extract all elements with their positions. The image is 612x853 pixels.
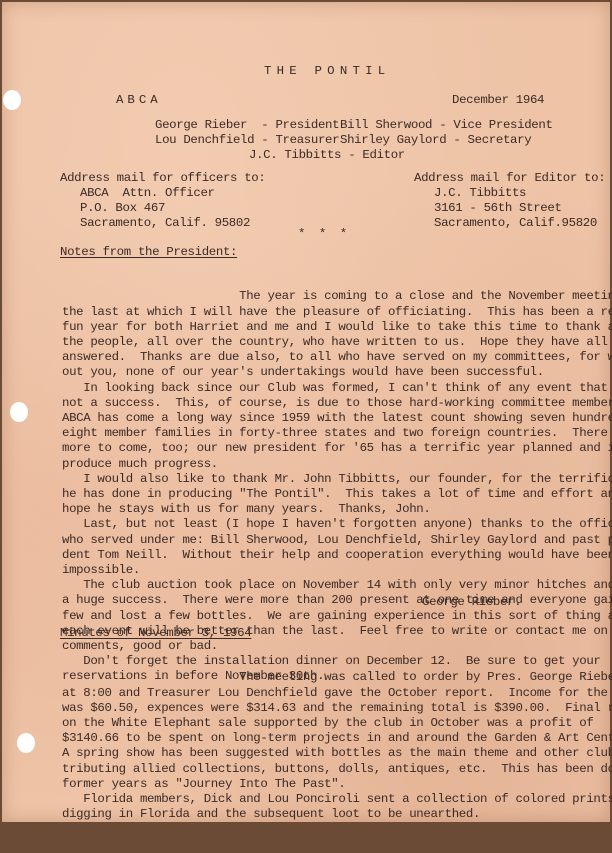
officer-treasurer: Lou Denchfield - Treasurer — [155, 133, 339, 148]
body-line: digging in Florida and the subsequent lo… — [62, 807, 612, 822]
body-line: answered. Thanks are due also, to all wh… — [62, 350, 612, 365]
body-line: dent Tom Neill. Without their help and c… — [62, 548, 612, 563]
editor-address-line: Sacramento, Calif.95820 — [434, 216, 597, 231]
body-line: Florida members, Dick and Lou Ponciroli … — [62, 792, 612, 807]
officers-address-line: P.O. Box 467 — [80, 201, 165, 216]
body-line: who served under me: Bill Sherwood, Lou … — [62, 533, 612, 548]
body-line: more to come, too; our new president for… — [62, 441, 612, 456]
newsletter-page: THE PONTIL ABCA December 1964 George Rie… — [2, 2, 610, 822]
body-line: on the White Elephant sale supported by … — [62, 716, 612, 731]
body-line: The meeting was called to order by Pres.… — [62, 670, 612, 685]
president-notes-heading: Notes from the President: — [60, 245, 237, 260]
body-line: the people, all over the country, who ha… — [62, 335, 612, 350]
editor-address-line: J.C. Tibbitts — [434, 186, 526, 201]
body-line: ABCA has come a long way since 1959 with… — [62, 411, 612, 426]
editor-address-line: 3161 - 56th Street — [434, 201, 562, 216]
body-line: tributing allied collections, buttons, d… — [62, 762, 612, 777]
officer-vice-president: Bill Sherwood - Vice President — [340, 118, 553, 133]
punch-hole — [3, 90, 21, 110]
officer-editor: J.C. Tibbitts - Editor — [249, 148, 405, 163]
minutes-body: The meeting was called to order by Pres.… — [62, 640, 612, 824]
punch-hole — [17, 733, 35, 753]
body-line: fun year for both Harriet and me and I w… — [62, 320, 612, 335]
officers-address-line: Sacramento, Calif. 95802 — [80, 216, 250, 231]
body-line: produce much progress. — [62, 457, 612, 472]
body-line: he has done in producing "The Pontil". T… — [62, 487, 612, 502]
officers-address-line: ABCA Attn. Officer — [80, 186, 215, 201]
body-line: I would also like to thank Mr. John Tibb… — [62, 472, 612, 487]
punch-hole — [10, 402, 28, 422]
body-line: $3140.66 to be spent on long-term projec… — [62, 731, 612, 746]
newsletter-title: THE PONTIL — [264, 64, 390, 79]
body-line: a huge success. There were more than 200… — [62, 593, 612, 608]
body-line: The year is coming to a close and the No… — [62, 289, 612, 304]
minutes-heading: Minutes of November 3, 1964 — [60, 626, 251, 641]
body-line: out you, none of our year's undertakings… — [62, 365, 612, 380]
editor-address-heading: Address mail for Editor to: — [414, 171, 605, 186]
body-line: The club auction took place on November … — [62, 578, 612, 593]
issue-date: December 1964 — [452, 93, 544, 108]
body-line: In looking back since our Club was forme… — [62, 381, 612, 396]
body-line: hope he stays with us for many years. Th… — [62, 502, 612, 517]
body-line: eight member families in forty-three sta… — [62, 426, 612, 441]
org-name: ABCA — [116, 93, 162, 108]
body-line: impossible. — [62, 563, 612, 578]
body-line: Last, but not least (I hope I haven't fo… — [62, 517, 612, 532]
body-line: former years as "Journey Into The Past". — [62, 777, 612, 792]
body-line: A spring show has been suggested with bo… — [62, 746, 612, 761]
president-signature: George Rieber. — [422, 595, 521, 610]
body-line: at 8:00 and Treasurer Lou Denchfield gav… — [62, 686, 612, 701]
officer-president: George Rieber - President — [155, 118, 339, 133]
body-line: not a success. This, of course, is due t… — [62, 396, 612, 411]
body-line: the last at which I will have the pleasu… — [62, 305, 612, 320]
section-separator: * * * — [298, 227, 350, 242]
body-line: was $60.50, expences were $314.63 and th… — [62, 701, 612, 716]
officer-secretary: Shirley Gaylord - Secretary — [340, 133, 531, 148]
officers-address-heading: Address mail for officers to: — [60, 171, 265, 186]
body-line: few and lost a few bottles. We are gaini… — [62, 609, 612, 624]
